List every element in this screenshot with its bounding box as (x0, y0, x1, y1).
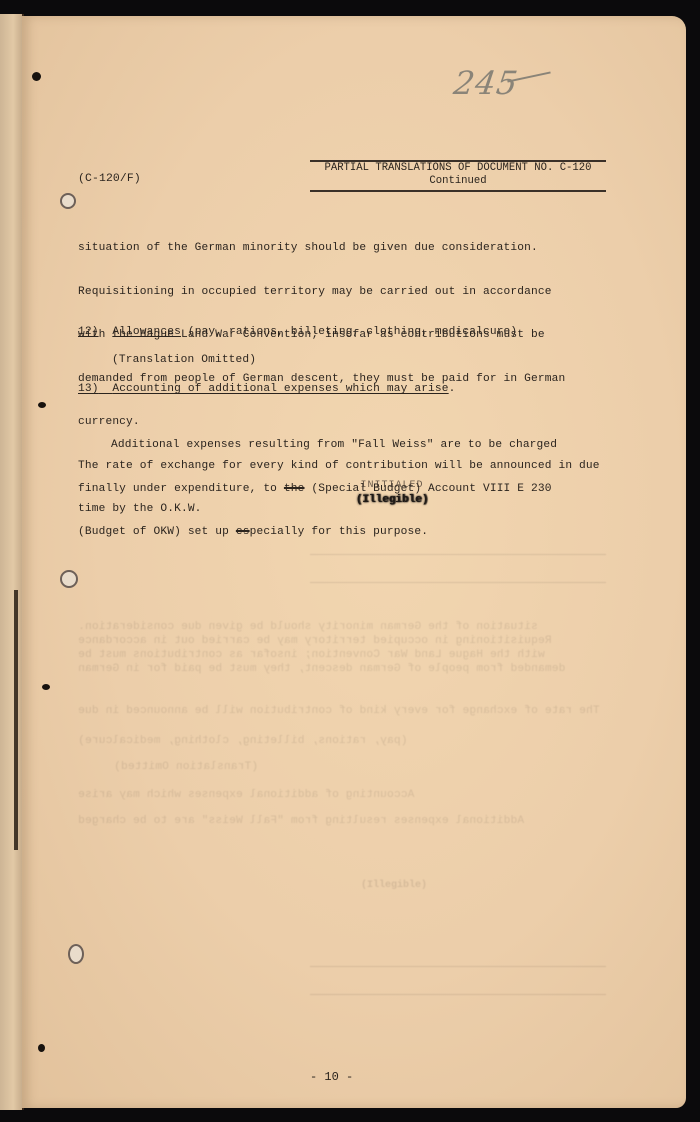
document-reference: (C-120/F) (78, 172, 141, 187)
body-line: situation of the German minority should … (78, 241, 600, 256)
document-page: 245 PARTIAL TRANSLATIONS OF DOCUMENT NO.… (22, 16, 686, 1108)
text-fragment: finally under expenditure, to (78, 483, 284, 495)
text-fragment: pecially for this purpose. (250, 526, 428, 538)
stamp-illegible: (Illegible) (342, 494, 442, 506)
bleed-text: (pay, rations, billeting, clothing, medi… (78, 734, 414, 749)
previous-page-edge (0, 14, 24, 1110)
text-fragment: (Budget of OKW) set up (78, 526, 236, 538)
stamp-initialed: INITIALED (342, 480, 442, 491)
punch-hole-icon (32, 72, 41, 81)
section-12-title: Allowances (112, 326, 181, 338)
bleed-text: (Translation Omitted) (114, 760, 258, 775)
bleed-text: demanded from people of German descent, … (78, 662, 565, 677)
section-13-title: Accounting of additional expenses which … (112, 383, 448, 395)
bleed-rule (310, 582, 606, 583)
bleed-text: Additional expenses resulting from "Fall… (78, 814, 524, 829)
punch-hole-icon (42, 684, 50, 690)
bleed-text: situation of the German minority should … (78, 620, 538, 635)
document-header: PARTIAL TRANSLATIONS OF DOCUMENT NO. C-1… (310, 160, 606, 192)
section-12-note: (Translation Omitted) (112, 353, 256, 368)
section-12-heading: 12) Allowances (pay, rations, billeting,… (78, 325, 517, 340)
bleed-rule (310, 554, 606, 555)
bleed-text: Accounting of additional expenses which … (78, 788, 414, 803)
header-bottom-rule (310, 190, 606, 192)
handwritten-folio-number: 245 (451, 64, 520, 102)
scanned-document: 245 PARTIAL TRANSLATIONS OF DOCUMENT NO.… (0, 0, 700, 1122)
bleed-text: with the Hague Land War Convention; inso… (78, 648, 545, 663)
struck-text: the (284, 483, 305, 495)
bleed-text: Requisitioning in occupied territory may… (78, 634, 552, 649)
paragraph-line: finally under expenditure, to the (Speci… (78, 482, 557, 497)
paragraph-line: Additional expenses resulting from "Fall… (78, 438, 557, 453)
binding-shadow (14, 590, 18, 850)
page-number: - 10 - (310, 1070, 353, 1084)
bleed-rule (310, 966, 606, 967)
section-13-period: . (449, 383, 456, 395)
paragraph-line: (Budget of OKW) set up especially for th… (78, 525, 557, 540)
section-13-paragraph: Additional expenses resulting from "Fall… (78, 409, 557, 569)
bleed-through: situation of the German minority should … (56, 548, 616, 1048)
header-title: PARTIAL TRANSLATIONS OF DOCUMENT NO. C-1… (310, 162, 606, 175)
bleed-stamp: (Illegible) (344, 880, 444, 891)
bleed-rule (310, 994, 606, 995)
header-subtitle: Continued (310, 175, 606, 188)
section-12-detail: (pay, rations, billeting, clothing, medi… (181, 326, 517, 338)
section-13-number: 13) (78, 383, 99, 395)
struck-text: es (236, 526, 250, 538)
punch-hole-icon (38, 1044, 45, 1052)
punch-hole-icon (60, 193, 76, 209)
section-12-number: 12) (78, 326, 99, 338)
punch-hole-icon (38, 402, 46, 408)
section-13-heading: 13) Accounting of additional expenses wh… (78, 382, 456, 397)
bleed-text: The rate of exchange for every kind of c… (78, 704, 600, 719)
body-line: Requisitioning in occupied territory may… (78, 285, 600, 300)
